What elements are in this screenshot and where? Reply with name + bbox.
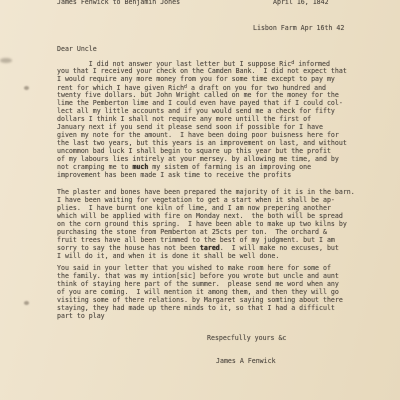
- attribution-line: James Fenwick to Benjamin Jones: [57, 0, 180, 6]
- punch-hole-mark: [24, 86, 29, 90]
- header-date: April 16, 1842: [273, 0, 329, 6]
- letter-paragraph-2: The plaster and bones have been prepared…: [57, 188, 355, 260]
- letter-page: James Fenwick to Benjamin Jones April 16…: [0, 0, 400, 400]
- closing-line: Respecfully yours &c: [207, 334, 286, 342]
- paper-smudge: [0, 58, 12, 63]
- salutation: Dear Uncle: [57, 45, 97, 53]
- punch-hole-mark: [24, 301, 29, 305]
- signature-line: James A Fenwick: [216, 357, 276, 365]
- letter-paragraph-3: You said in your letter that you wished …: [57, 264, 343, 320]
- dateline: Lisbon Farm Apr 16th 42: [253, 24, 344, 32]
- letter-paragraph-1: I did not answer your last letter but I …: [57, 59, 347, 179]
